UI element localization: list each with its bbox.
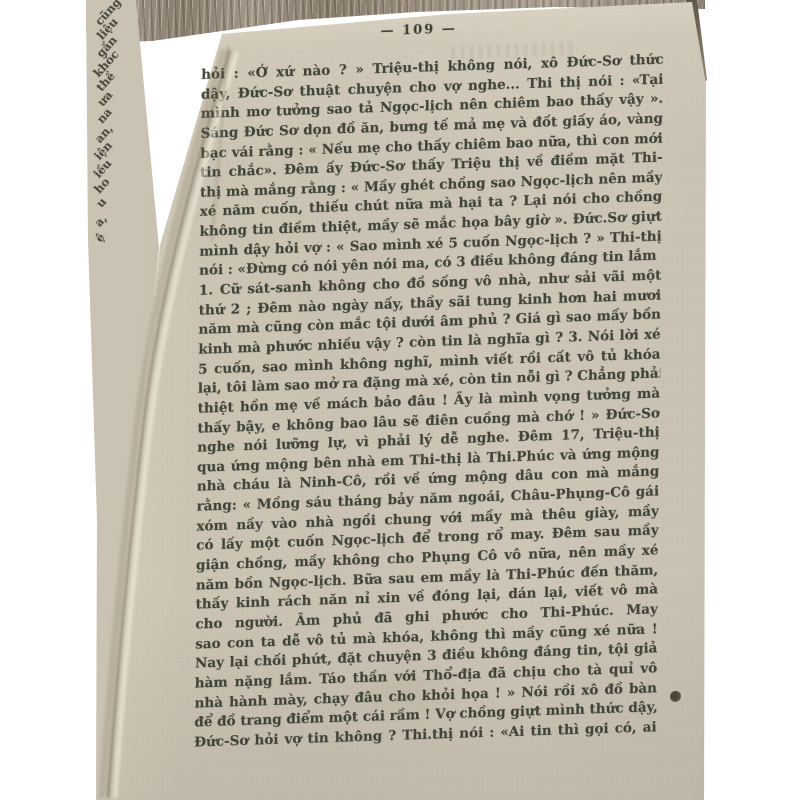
book-photo: cũngliệugầnkhócthềưanaan,iệniềuhoua,ệ — …	[0, 0, 800, 800]
page-number: — 109 —	[280, 18, 558, 45]
left-page-text-fragments: cũngliệugầnkhócthềưanaan,iệniềuhoua,ệ	[80, 2, 132, 247]
page-text-block: — 109 — hỏi : «Ở xứ nào ? » Triệu-thị kh…	[194, 15, 664, 753]
